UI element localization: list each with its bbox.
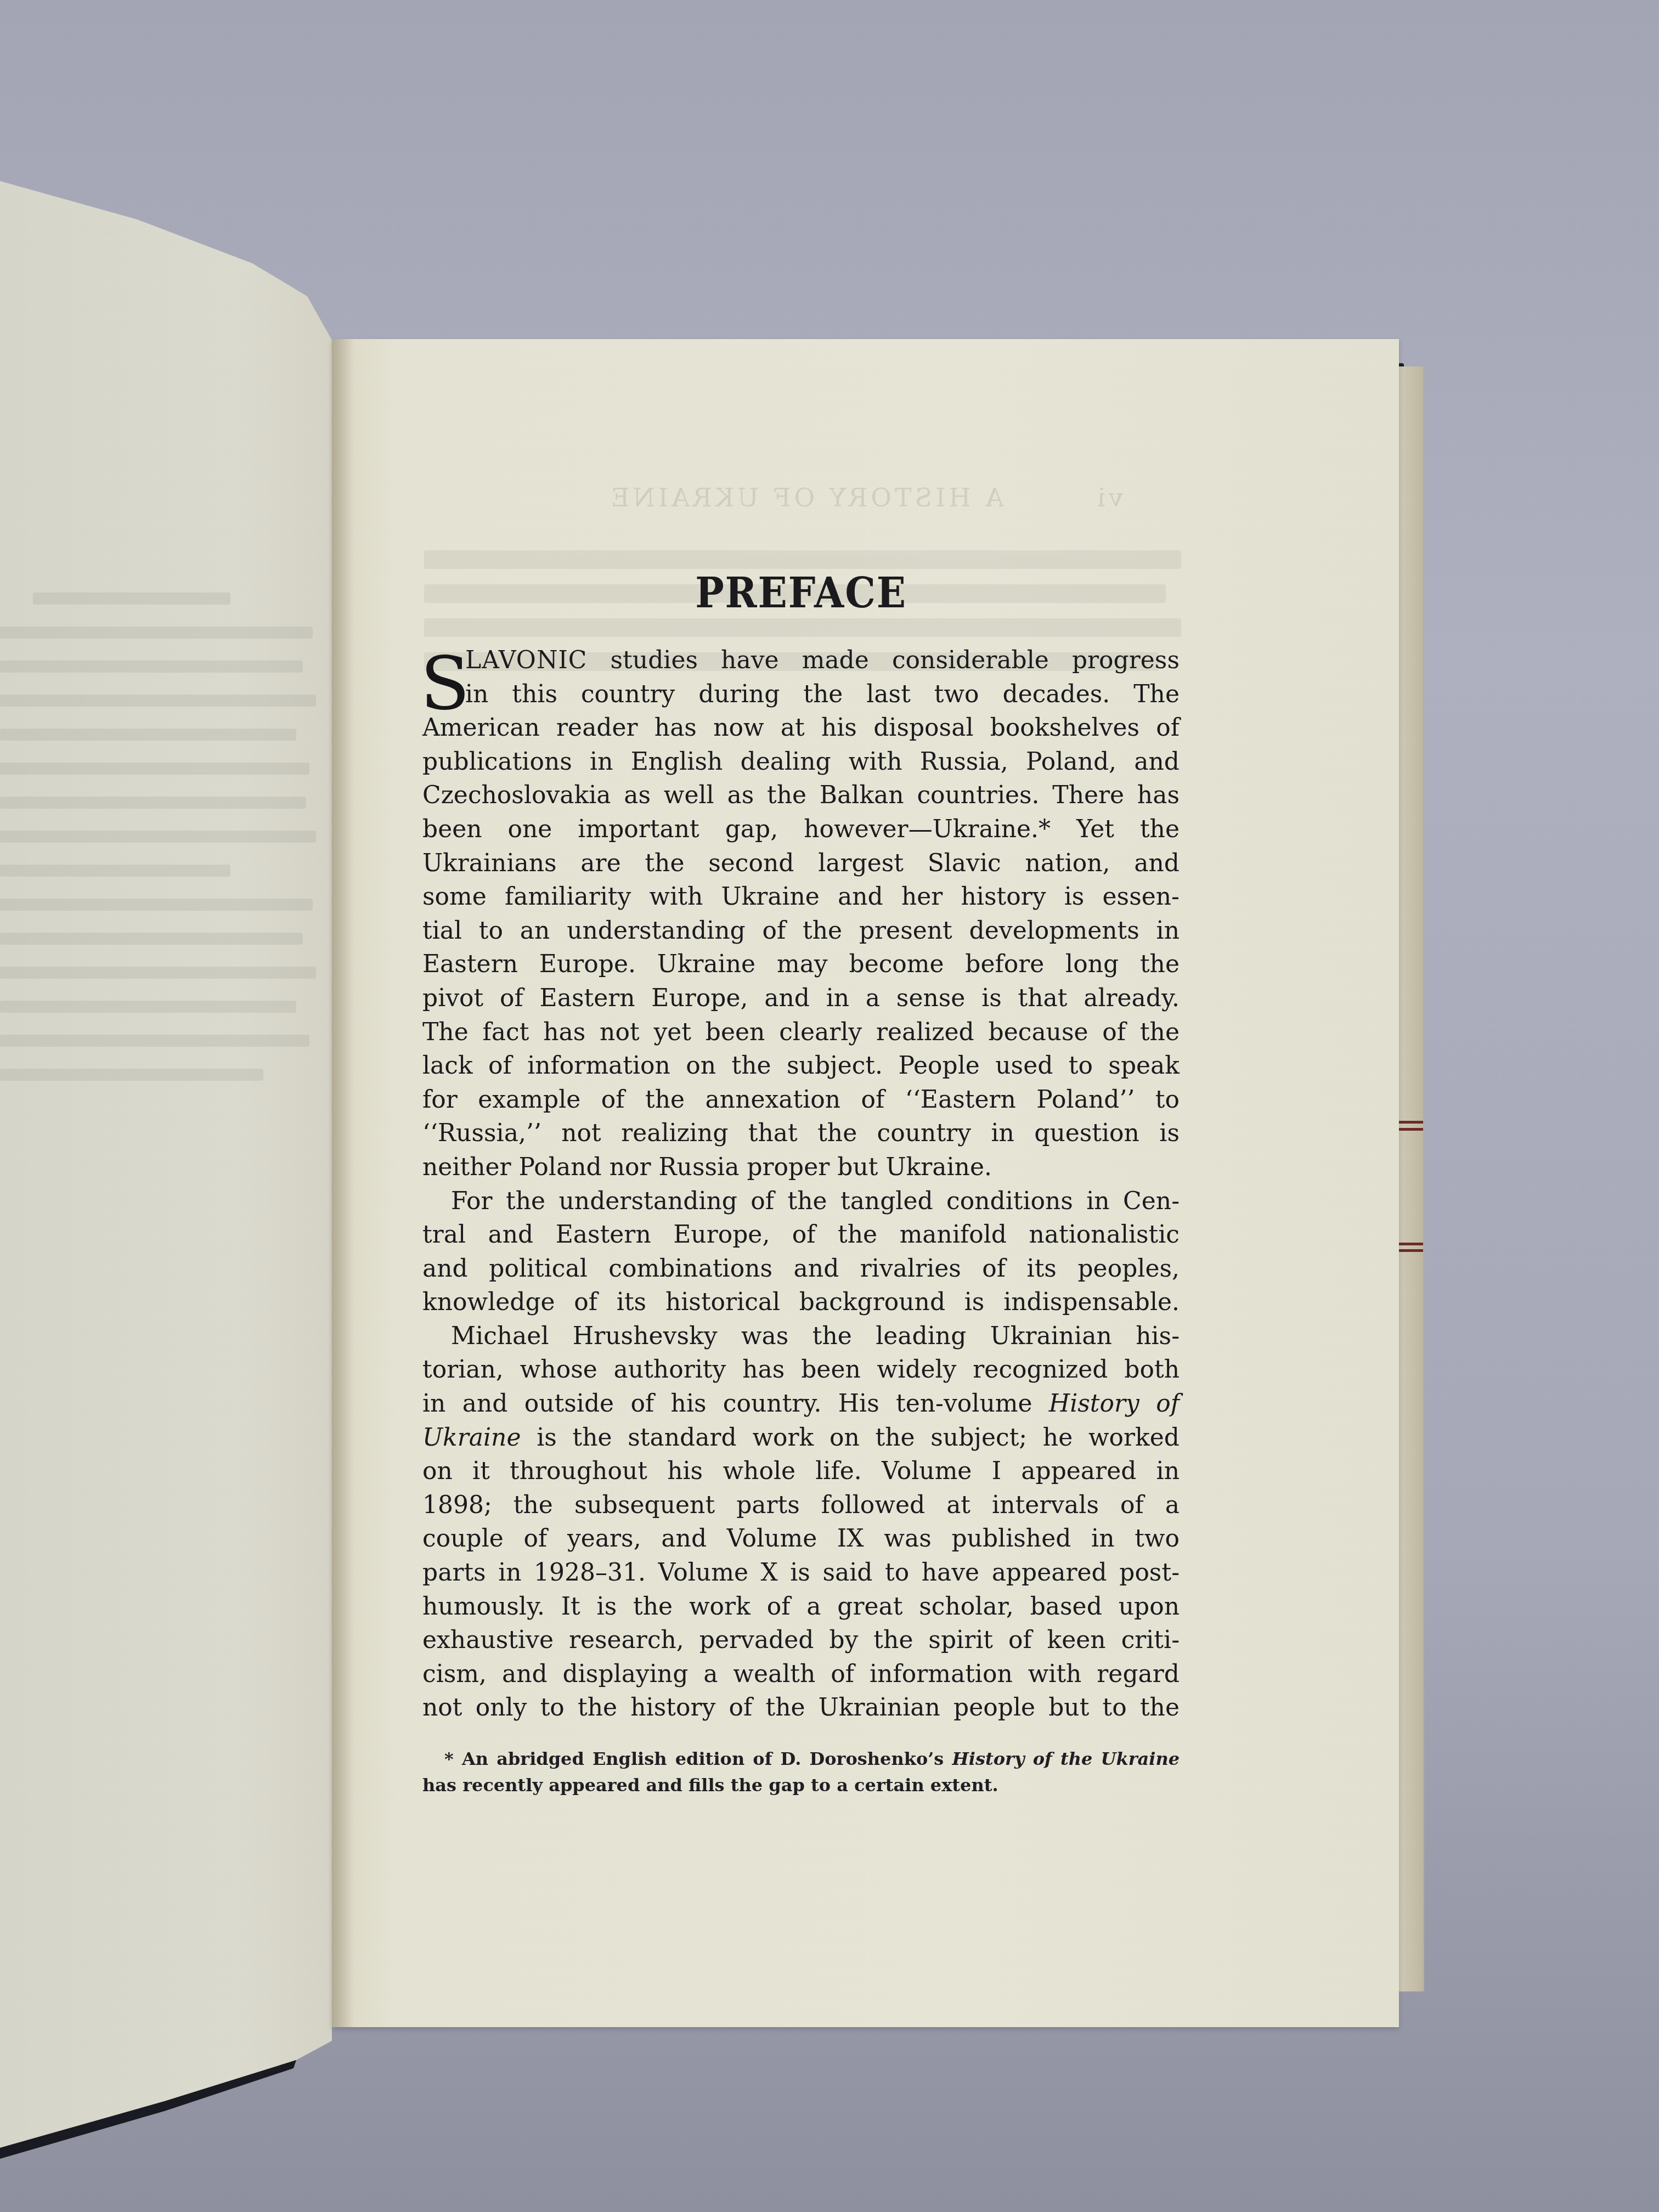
text-line: For the understanding of the tangled con…: [422, 1184, 1180, 1218]
text-line: in and outside of his country. His ten-v…: [422, 1387, 1180, 1421]
text-line: tral and Eastern Europe, of the manifold…: [422, 1218, 1180, 1252]
right-page: vi A HISTORY OF UKRAINE PREFACE S LAVONI…: [332, 339, 1399, 2027]
text-line: Michael Hrushevsky was the leading Ukrai…: [422, 1319, 1180, 1353]
text-line: Czechoslovakia as well as the Balkan cou…: [422, 778, 1180, 812]
book-title-italic: History of the Ukraine: [952, 1748, 1180, 1769]
text-line: for example of the annexation of ‘‘Easte…: [422, 1083, 1180, 1117]
text-line: humously. It is the work of a great scho…: [422, 1590, 1180, 1624]
text-line: torian, whose authority has been widely …: [422, 1353, 1180, 1387]
text-line: in this country during the last two deca…: [422, 678, 1180, 712]
text-line: The fact has not yet been clearly realiz…: [422, 1015, 1180, 1049]
text-line: knowledge of its historical background i…: [422, 1285, 1180, 1319]
jacket-stripe: [1398, 1243, 1423, 1245]
text-line: Ukraine is the standard work on the subj…: [422, 1421, 1180, 1455]
book-photo: vi A HISTORY OF UKRAINE PREFACE S LAVONI…: [0, 0, 1659, 2212]
footnote-line: has recently appeared and fills the gap …: [422, 1772, 1180, 1798]
text-line: lack of information on the subject. Peop…: [422, 1049, 1180, 1083]
text-line: and political combinations and rivalries…: [422, 1252, 1180, 1286]
text-line: exhaustive research, pervaded by the spi…: [422, 1623, 1180, 1657]
gutter-shadow: [332, 339, 354, 2027]
left-page-bleed-through: [0, 592, 329, 1415]
paragraph-2: For the understanding of the tangled con…: [422, 1184, 1180, 1319]
text-line: parts in 1928–31. Volume X is said to ha…: [422, 1556, 1180, 1590]
jacket-stripe: [1398, 1249, 1423, 1252]
text-line: been one important gap, however—Ukraine.…: [422, 812, 1180, 847]
text-block: PREFACE S LAVONIC studies have made cons…: [422, 572, 1180, 1798]
text-line: pivot of Eastern Europe, and in a sense …: [422, 981, 1180, 1015]
jacket-stripe: [1398, 1121, 1423, 1124]
text-line: ‘‘Russia,’’ not realizing that the count…: [422, 1116, 1180, 1150]
paragraph-3: Michael Hrushevsky was the leading Ukrai…: [422, 1319, 1180, 1725]
text-line: couple of years, and Volume IX was publi…: [422, 1522, 1180, 1556]
footnote-line: * An abridged English edition of D. Doro…: [422, 1746, 1180, 1772]
book-title-italic: History of: [1049, 1390, 1180, 1418]
jacket-stripe: [1398, 1128, 1423, 1131]
footnote: * An abridged English edition of D. Doro…: [422, 1746, 1180, 1798]
text-line: publications in English dealing with Rus…: [422, 745, 1180, 779]
text-line: Ukrainians are the second largest Slavic…: [422, 847, 1180, 881]
text-line: some familiarity with Ukraine and her hi…: [422, 880, 1180, 914]
text-line: neither Poland nor Russia proper but Ukr…: [422, 1150, 1180, 1184]
drop-cap: S: [420, 648, 470, 720]
text-line: tial to an understanding of the present …: [422, 914, 1180, 948]
text-line: not only to the history of the Ukrainian…: [422, 1691, 1180, 1725]
text-line: on it throughout his whole life. Volume …: [422, 1454, 1180, 1488]
text-line: cism, and displaying a wealth of informa…: [422, 1657, 1180, 1691]
text-line: Eastern Europe. Ukraine may become befor…: [422, 947, 1180, 981]
left-page: [0, 0, 340, 2212]
book-title-italic: Ukraine: [422, 1424, 521, 1452]
text-line: 1898; the subsequent parts followed at i…: [422, 1488, 1180, 1522]
dust-jacket-edge: [1398, 366, 1424, 1991]
paragraph-1: S LAVONIC studies have made considerable…: [422, 644, 1180, 1184]
bleed-through-running-head: vi A HISTORY OF UKRAINE: [332, 483, 1399, 512]
page-title: PREFACE: [453, 572, 1149, 614]
text-line: LAVONIC studies have made considerable p…: [422, 644, 1180, 678]
text-line: American reader has now at his disposal …: [422, 711, 1180, 745]
